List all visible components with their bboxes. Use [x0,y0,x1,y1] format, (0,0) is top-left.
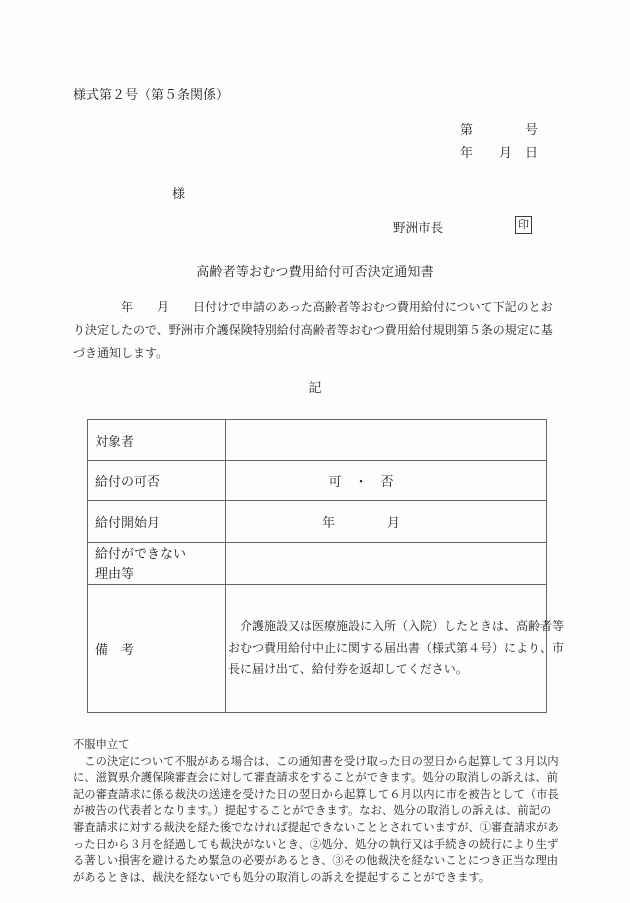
row-label-line: 給付ができない [95,544,225,564]
appeal-section: 不服申立て この決定について不服がある場合は、この通知書を受け取った日の翌日から… [73,737,559,886]
row-value-remarks: 介護施設又は医療施設に入所（入院）したときは、高齢者等 おむつ費用給付中止に関す… [226,585,547,713]
row-label-line: 理由等 [95,564,225,584]
record-marker: 記 [0,377,630,396]
appeal-line: が被告の代表者となります。）提起することができます。なお、処分の取消しの訴えは、… [73,803,559,820]
form-number-label: 様式第２号（第５条関係） [73,84,229,103]
document-number-line: 第 号 [460,119,538,138]
appeal-line: があるときは、裁決を経ないでも処分の取消しの訴えを提起することができます。 [73,870,559,887]
appeal-line: に、滋賀県介護保険審査会に対して審査請求をすることができます。処分の取消しの訴え… [73,770,559,787]
table-row-target-person: 対象者 [88,420,547,461]
row-label: 給付開始月 [88,501,226,543]
row-label: 備 考 [88,585,226,713]
row-value-approve-or-deny: 可 ・ 否 [226,461,547,501]
row-value-blank [226,420,547,461]
appeal-line: この決定について不服がある場合は、この通知書を受け取った日の翌日から起算して３月… [73,754,559,771]
appeal-line: 記の審査請求に係る裁決の送達を受けた日の翌日から起算して６月以内に市を被告として… [73,787,559,804]
appeal-line: った日から３月を経過しても裁決がないとき、②処分、処分の執行又は手続きの続行によ… [73,837,559,854]
row-label: 給付の可否 [88,461,226,501]
row-value-blank [226,543,547,585]
table-row-benefit-approval: 給付の可否 可 ・ 否 [88,461,547,501]
addressee-suffix: 様 [172,183,185,202]
remarks-line: 長に届け出て、給付券を返却してください。 [228,659,546,681]
row-label: 給付ができない 理由等 [88,543,226,585]
appeal-heading: 不服申立て [73,737,559,754]
remarks-line: 介護施設又は医療施設に入所（入院）したときは、高齢者等 [228,616,546,638]
date-line: 年 月 日 [460,142,538,161]
decision-table: 対象者 給付の可否 可 ・ 否 給付開始月 年 月 給付ができない 理由等 備 … [87,419,547,713]
remarks-line: おむつ費用給付中止に関する届出書（様式第４号）により、市 [228,638,546,660]
body-paragraph: 年 月 日付けで申請のあった高齢者等おむつ費用給付について下記のとお り決定した… [73,296,553,365]
body-line: 年 月 日付けで申請のあった高齢者等おむつ費用給付について下記のとお [73,296,553,319]
body-line: づき通知します。 [73,342,553,365]
body-line: り決定したので、野洲市介護保険特別給付高齢者等おむつ費用給付規則第５条の規定に基 [73,319,553,342]
document-page: 様式第２号（第５条関係） 第 号 年 月 日 様 野洲市長 印 高齢者等おむつ費… [0,0,630,903]
appeal-line: る著しい損害を避けるため緊急の必要があるとき、③その他裁決を経ないことにつき正当… [73,853,559,870]
document-title: 高齢者等おむつ費用給付可否決定通知書 [0,261,630,280]
seal-stamp-box: 印 [515,216,532,234]
row-value-year-month: 年 月 [226,501,547,543]
table-row-remarks: 備 考 介護施設又は医療施設に入所（入院）したときは、高齢者等 おむつ費用給付中… [88,585,547,713]
table-row-denial-reason: 給付ができない 理由等 [88,543,547,585]
table-row-benefit-start-month: 給付開始月 年 月 [88,501,547,543]
row-label: 対象者 [88,420,226,461]
appeal-line: 審査請求に対する裁決を経た後でなければ提起できないこととされていますが、①審査請… [73,820,559,837]
issuer-title: 野洲市長 [393,218,443,236]
